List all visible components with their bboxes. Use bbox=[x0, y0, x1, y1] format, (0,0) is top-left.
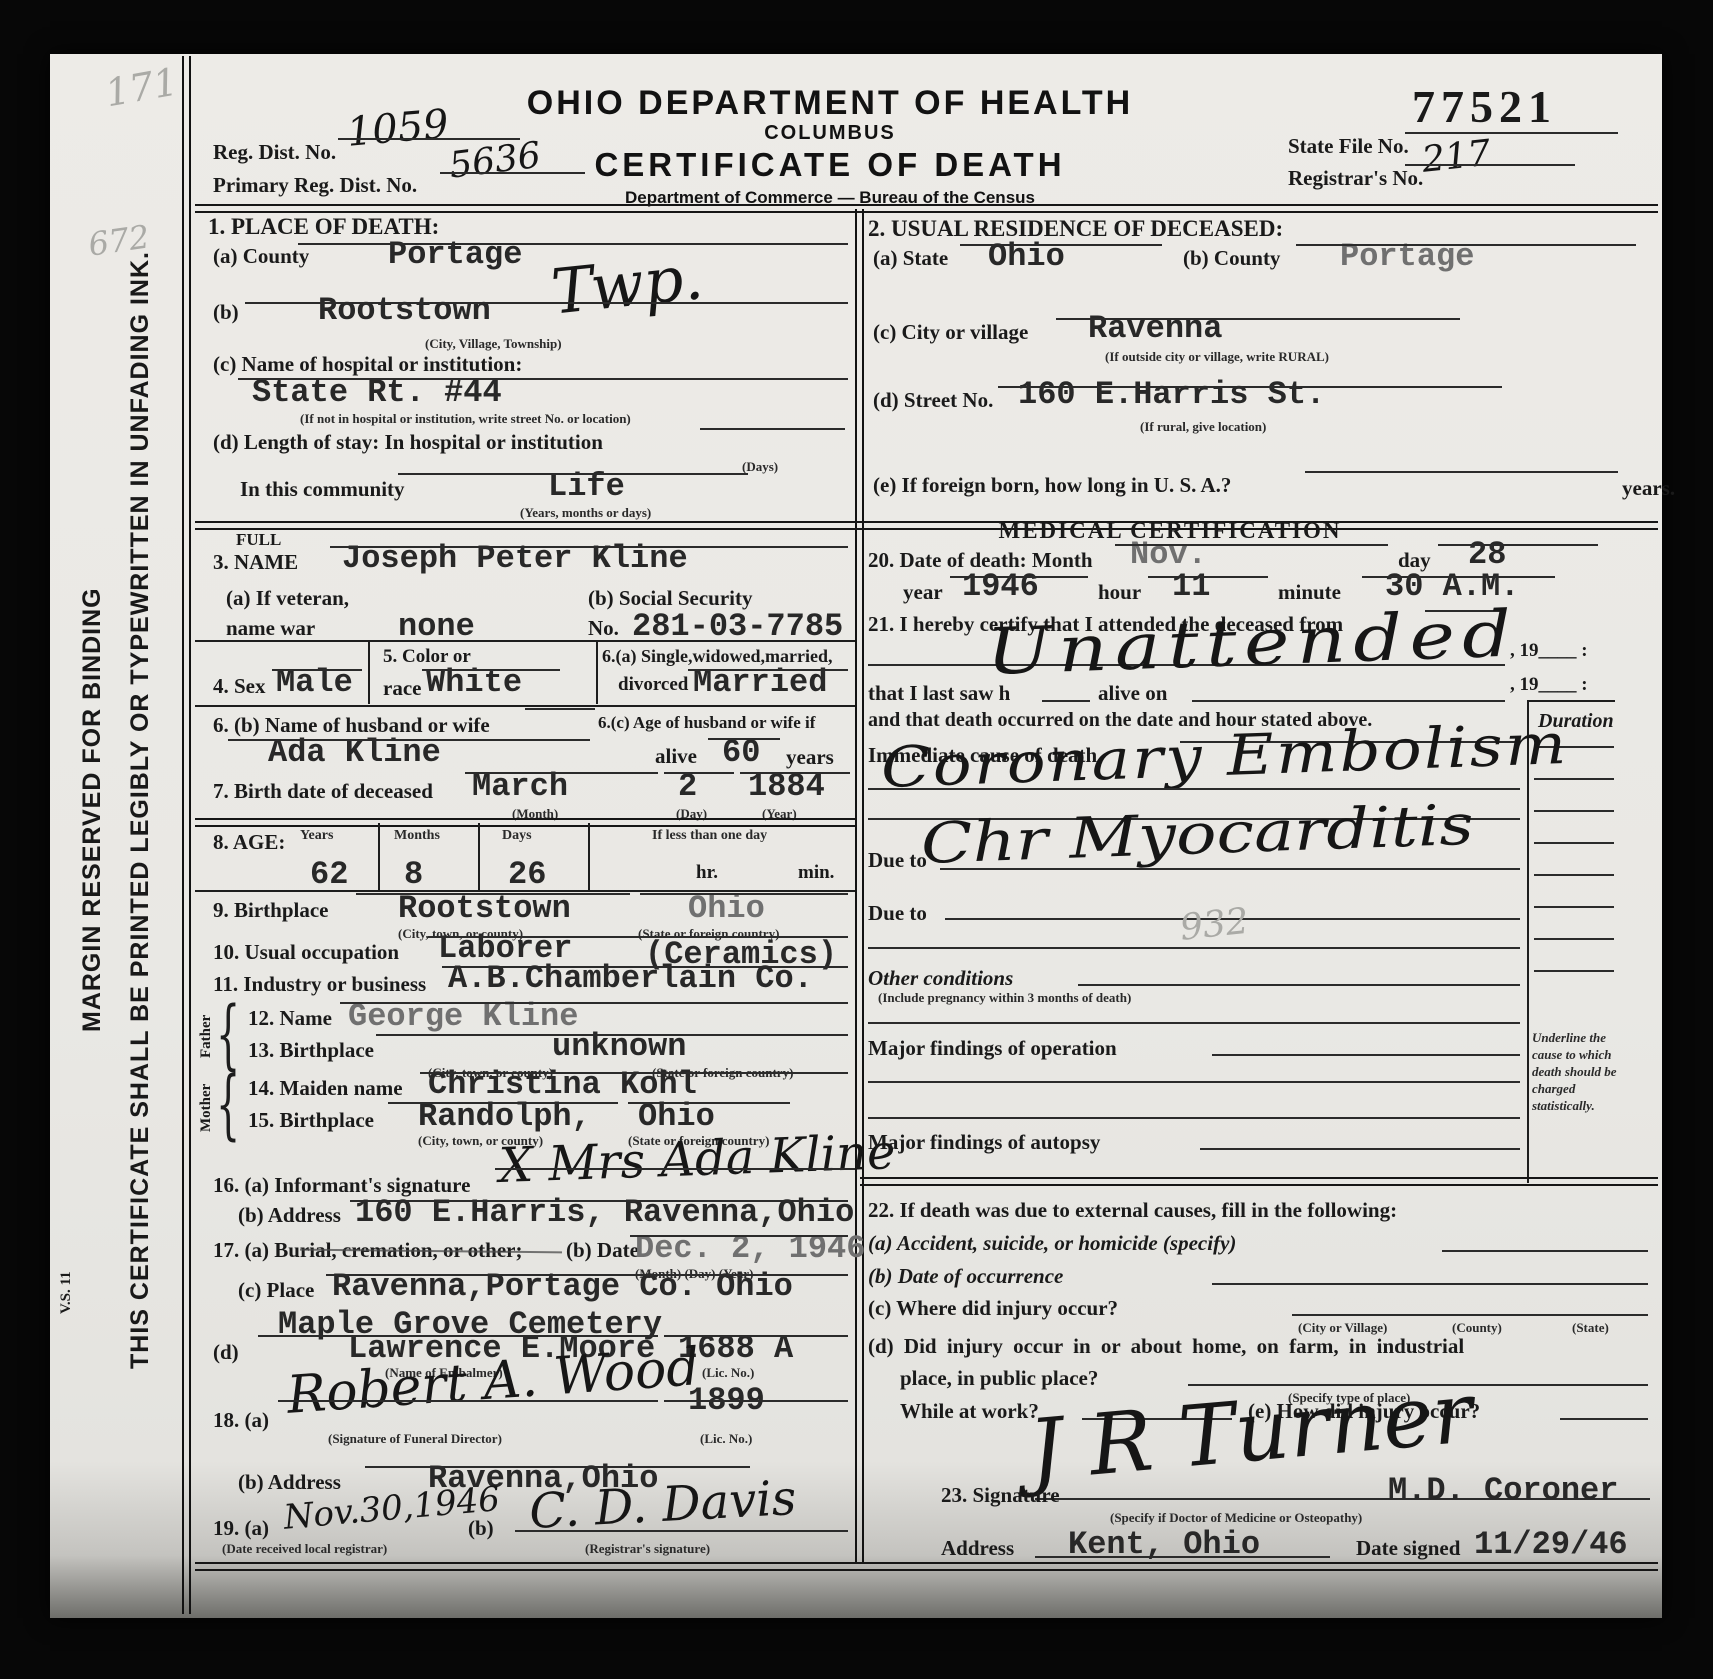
rule bbox=[1560, 1418, 1648, 1420]
external-c-label: (c) Where did injury occur? bbox=[868, 1296, 1118, 1321]
mother-birthplace-label: 15. Birthplace bbox=[248, 1108, 374, 1133]
marital-label2: divorced bbox=[618, 674, 688, 696]
rule bbox=[1292, 1314, 1648, 1316]
res-city-sublabel: (If outside city or village, write RURAL… bbox=[1105, 349, 1329, 365]
rule bbox=[1056, 318, 1460, 320]
rule bbox=[868, 1117, 1520, 1119]
age-months-header: Months bbox=[394, 828, 440, 844]
received-label: 19. (a) bbox=[213, 1516, 269, 1541]
rule bbox=[388, 1102, 618, 1104]
death-year-label: year bbox=[903, 580, 943, 605]
date-signed-value: 11/29/46 bbox=[1474, 1526, 1628, 1563]
certify-year-b: , 19____ : bbox=[1510, 674, 1588, 696]
due-to2-label: Due to bbox=[868, 901, 927, 926]
document-title: CERTIFICATE OF DEATH bbox=[470, 146, 1190, 184]
other-conditions-label: Other conditions bbox=[868, 966, 1013, 991]
death-certificate-scan: 171 672 THIS CERTIFICATE SHALL BE PRINTE… bbox=[0, 0, 1713, 1679]
rule bbox=[940, 868, 1520, 870]
external-c-sub3: (State) bbox=[1572, 1320, 1609, 1336]
rule bbox=[998, 386, 1502, 388]
rule bbox=[950, 576, 1088, 578]
rule bbox=[515, 1530, 848, 1532]
rule bbox=[664, 772, 734, 774]
color-label2: race bbox=[383, 676, 421, 701]
res-street-value: 160 E.Harris St. bbox=[1018, 376, 1325, 413]
pod-community-label: In this community bbox=[240, 477, 405, 502]
res-city-value: Ravenna bbox=[1088, 310, 1222, 347]
column-divider bbox=[855, 209, 864, 1562]
autopsy-findings-label: Major findings of autopsy bbox=[868, 1130, 1100, 1155]
rule bbox=[340, 1002, 848, 1004]
rule bbox=[868, 1081, 1520, 1083]
other-conditions-sublabel: (Include pregnancy within 3 months of de… bbox=[878, 990, 1131, 1006]
rule bbox=[1534, 810, 1614, 812]
name-label: 3. NAME bbox=[213, 550, 298, 575]
rule bbox=[350, 1200, 848, 1202]
pod-hospital-sublabel: (If not in hospital or institution, writ… bbox=[300, 411, 631, 427]
veteran-label2: name war bbox=[226, 616, 315, 641]
sex-label: 4. Sex bbox=[213, 674, 266, 699]
ssn-label2: No. bbox=[588, 616, 619, 641]
funeral-addr-label: (b) Address bbox=[238, 1470, 341, 1495]
margin-ink-notice: THIS CERTIFICATE SHALL BE PRINTED LEGIBL… bbox=[126, 160, 155, 1460]
birthplace-city: Rootstown bbox=[398, 890, 571, 927]
age-years-value: 62 bbox=[310, 856, 348, 893]
rule bbox=[868, 788, 1520, 790]
form-code: V.S. 11 bbox=[58, 1248, 75, 1338]
rule bbox=[378, 823, 380, 890]
rule bbox=[960, 244, 1162, 246]
state-file-stamp: 77521 bbox=[1412, 80, 1557, 133]
res-city-label: (c) City or village bbox=[873, 320, 1028, 345]
rule bbox=[1534, 970, 1614, 972]
funeral-lic-sublabel: (Lic. No.) bbox=[700, 1431, 752, 1447]
age-days-value: 26 bbox=[508, 856, 546, 893]
due-to-label: Due to bbox=[868, 848, 927, 873]
age-days-header: Days bbox=[502, 828, 532, 844]
rule bbox=[298, 243, 848, 245]
res-foreign-suffix: years. bbox=[1622, 476, 1675, 501]
rule bbox=[1534, 938, 1614, 940]
external-d-label2: place, in public place? bbox=[900, 1366, 1098, 1391]
rule bbox=[195, 705, 855, 707]
mother-side-label: Mother bbox=[198, 1076, 215, 1140]
rule bbox=[278, 1400, 658, 1402]
rule bbox=[365, 1466, 750, 1468]
signature-sublabel: (Specify if Doctor of Medicine or Osteop… bbox=[1110, 1510, 1362, 1526]
rule bbox=[368, 640, 370, 704]
rule bbox=[195, 1562, 1658, 1571]
informant-addr-label: (b) Address bbox=[238, 1203, 341, 1228]
rule bbox=[630, 1235, 848, 1237]
father-birthplace-label: 13. Birthplace bbox=[248, 1038, 374, 1063]
rule bbox=[628, 1102, 790, 1104]
rule bbox=[868, 1022, 1520, 1024]
rule bbox=[596, 640, 598, 704]
rule bbox=[1527, 700, 1615, 702]
rule bbox=[195, 640, 855, 642]
pod-township-value: Rootstown bbox=[318, 292, 491, 329]
rule bbox=[1296, 244, 1636, 246]
rule bbox=[245, 302, 848, 304]
rule bbox=[1362, 576, 1555, 578]
physician-degree: M.D. Coroner bbox=[1388, 1472, 1618, 1509]
rule bbox=[195, 818, 855, 827]
rule bbox=[700, 428, 845, 430]
spouse-age-label: 6.(c) Age of husband or wife if bbox=[598, 713, 815, 733]
rule bbox=[525, 708, 595, 710]
page-title: OHIO DEPARTMENT OF HEALTH bbox=[470, 84, 1190, 123]
age-less-header: If less than one day bbox=[652, 828, 767, 844]
rule bbox=[195, 204, 1658, 213]
birthplace-label: 9. Birthplace bbox=[213, 898, 329, 923]
registrar-sig-sublabel: (Registrar's signature) bbox=[585, 1541, 710, 1557]
external-b-label: (b) Date of occurrence bbox=[868, 1264, 1063, 1289]
registrar-no-label: Registrar's No. bbox=[1288, 166, 1423, 191]
rule bbox=[428, 936, 848, 938]
res-street-label: (d) Street No. bbox=[873, 388, 993, 413]
rule bbox=[708, 738, 780, 740]
rule bbox=[238, 378, 848, 380]
rule bbox=[1438, 544, 1598, 546]
rule bbox=[440, 172, 585, 174]
rule bbox=[1534, 906, 1614, 908]
rule bbox=[442, 966, 848, 968]
rule bbox=[1035, 1556, 1330, 1558]
physician-addr-label: Address bbox=[941, 1536, 1014, 1561]
burial-date-label: (b) Date bbox=[566, 1238, 639, 1263]
reg-dist-label: Reg. Dist. No. bbox=[213, 140, 336, 165]
rule bbox=[228, 739, 590, 741]
age-months-value: 8 bbox=[404, 856, 423, 893]
rule bbox=[422, 669, 560, 671]
res-state-label: (a) State bbox=[873, 246, 948, 271]
external-a-label: (a) Accident, suicide, or homicide (spec… bbox=[868, 1231, 1236, 1256]
reg-dist-value: 1059 bbox=[345, 101, 450, 156]
rule bbox=[495, 1168, 855, 1170]
rule bbox=[868, 947, 1520, 949]
rule bbox=[1405, 164, 1575, 166]
funeral-sig-sublabel: (Signature of Funeral Director) bbox=[328, 1431, 502, 1447]
binding-margin-rule bbox=[182, 56, 191, 1614]
hr-label: hr. bbox=[696, 862, 718, 884]
rule bbox=[330, 546, 848, 548]
pod-county-value: Portage bbox=[388, 236, 522, 273]
pod-county-label: (a) County bbox=[213, 244, 309, 269]
res-street-sublabel: (If rural, give location) bbox=[1140, 419, 1266, 435]
state-file-label: State File No. bbox=[1288, 134, 1409, 159]
rule bbox=[1405, 132, 1618, 134]
registrar-sig-label: (b) bbox=[468, 1516, 494, 1541]
rule bbox=[258, 1335, 658, 1337]
rule bbox=[588, 823, 590, 890]
rule bbox=[640, 893, 848, 895]
rule bbox=[688, 669, 848, 671]
rule bbox=[465, 772, 658, 774]
rule bbox=[376, 1034, 848, 1036]
father-side-label: Father bbox=[198, 1004, 215, 1068]
rule bbox=[326, 1274, 848, 1276]
rule bbox=[195, 521, 1658, 530]
min-label: min. bbox=[798, 862, 834, 884]
rule bbox=[1115, 544, 1388, 546]
rule bbox=[1534, 778, 1614, 780]
full-label: FULL bbox=[236, 530, 281, 550]
operation-findings-label: Major findings of operation bbox=[868, 1036, 1117, 1061]
father-name-label: 12. Name bbox=[248, 1006, 332, 1031]
rule bbox=[1192, 700, 1505, 702]
occupation-label: 10. Usual occupation bbox=[213, 940, 399, 965]
embalmer-lic-sublabel: (Lic. No.) bbox=[702, 1365, 754, 1381]
funeral-label: 18. (a) bbox=[213, 1408, 269, 1433]
rule bbox=[1200, 1148, 1520, 1150]
primary-reg-label: Primary Reg. Dist. No. bbox=[213, 173, 417, 198]
years-label: years bbox=[786, 745, 834, 770]
res-county-label: (b) County bbox=[1183, 246, 1280, 271]
external-work-label: While at work? bbox=[900, 1399, 1039, 1424]
rule bbox=[1442, 1250, 1648, 1252]
rule bbox=[664, 1400, 848, 1402]
rule bbox=[1148, 576, 1268, 578]
rule bbox=[420, 1072, 848, 1074]
rule bbox=[1212, 1054, 1520, 1056]
certify-year-a: , 19____ : bbox=[1510, 640, 1588, 662]
last-saw-label: that I last saw h bbox=[868, 681, 1010, 706]
veteran-label: (a) If veteran, bbox=[226, 586, 349, 611]
rule bbox=[1212, 1283, 1648, 1285]
header-city: COLUMBUS bbox=[470, 122, 1190, 145]
rule bbox=[1305, 471, 1618, 473]
pod-b-sublabel: (City, Village, Township) bbox=[425, 336, 562, 352]
pencil-cause-code: 932 bbox=[1178, 901, 1251, 949]
death-minute-label: minute bbox=[1278, 580, 1341, 605]
pod-stay-label: (d) Length of stay: In hospital or insti… bbox=[213, 430, 603, 455]
underline-note: Underline the cause to which death shoul… bbox=[1532, 1030, 1618, 1114]
res-foreign-label: (e) If foreign born, how long in U. S. A… bbox=[873, 473, 1231, 498]
received-sublabel: (Date received local registrar) bbox=[222, 1541, 387, 1557]
external-causes-title: 22. If death was due to external causes,… bbox=[868, 1198, 1397, 1223]
rule bbox=[398, 473, 748, 475]
age-years-header: Years bbox=[300, 828, 333, 844]
embalmer-label: (d) bbox=[213, 1340, 239, 1365]
rule bbox=[740, 772, 850, 774]
mother-name-label: 14. Maiden name bbox=[248, 1076, 403, 1101]
section-residence: 2. USUAL RESIDENCE OF DECEASED: bbox=[868, 216, 1283, 242]
rule bbox=[1078, 984, 1520, 986]
rule bbox=[1534, 874, 1614, 876]
burial-place-label: (c) Place bbox=[238, 1278, 314, 1303]
rule bbox=[272, 669, 362, 671]
margin-binding-notice: MARGIN RESERVED FOR BINDING bbox=[78, 480, 107, 1140]
pod-community-sublabel: (Years, months or days) bbox=[520, 505, 651, 521]
age-label: 8. AGE: bbox=[213, 830, 285, 855]
rule bbox=[1534, 842, 1614, 844]
birthplace-state: Ohio bbox=[688, 890, 765, 927]
alive-on-label: alive on bbox=[1098, 681, 1167, 706]
alive-label: alive bbox=[655, 744, 697, 769]
rule bbox=[860, 1177, 1658, 1186]
death-year-value: 1946 bbox=[962, 568, 1039, 605]
rule bbox=[478, 823, 480, 890]
registrar-no-value: 217 bbox=[1420, 133, 1493, 181]
external-d-label1: (d) Did injury occur in or about home, o… bbox=[868, 1334, 1464, 1359]
death-hour-label: hour bbox=[1098, 580, 1141, 605]
birthdate-label: 7. Birth date of deceased bbox=[213, 779, 433, 804]
rule bbox=[356, 893, 630, 895]
industry-label: 11. Industry or business bbox=[213, 972, 426, 997]
mother-brace: { bbox=[216, 1066, 240, 1142]
date-signed-label: Date signed bbox=[1356, 1536, 1460, 1561]
signature-label: 23. Signature bbox=[941, 1483, 1060, 1508]
rule bbox=[1042, 700, 1090, 702]
pod-b-label: (b) bbox=[213, 300, 239, 325]
death-hour-value: 11 bbox=[1172, 568, 1210, 605]
